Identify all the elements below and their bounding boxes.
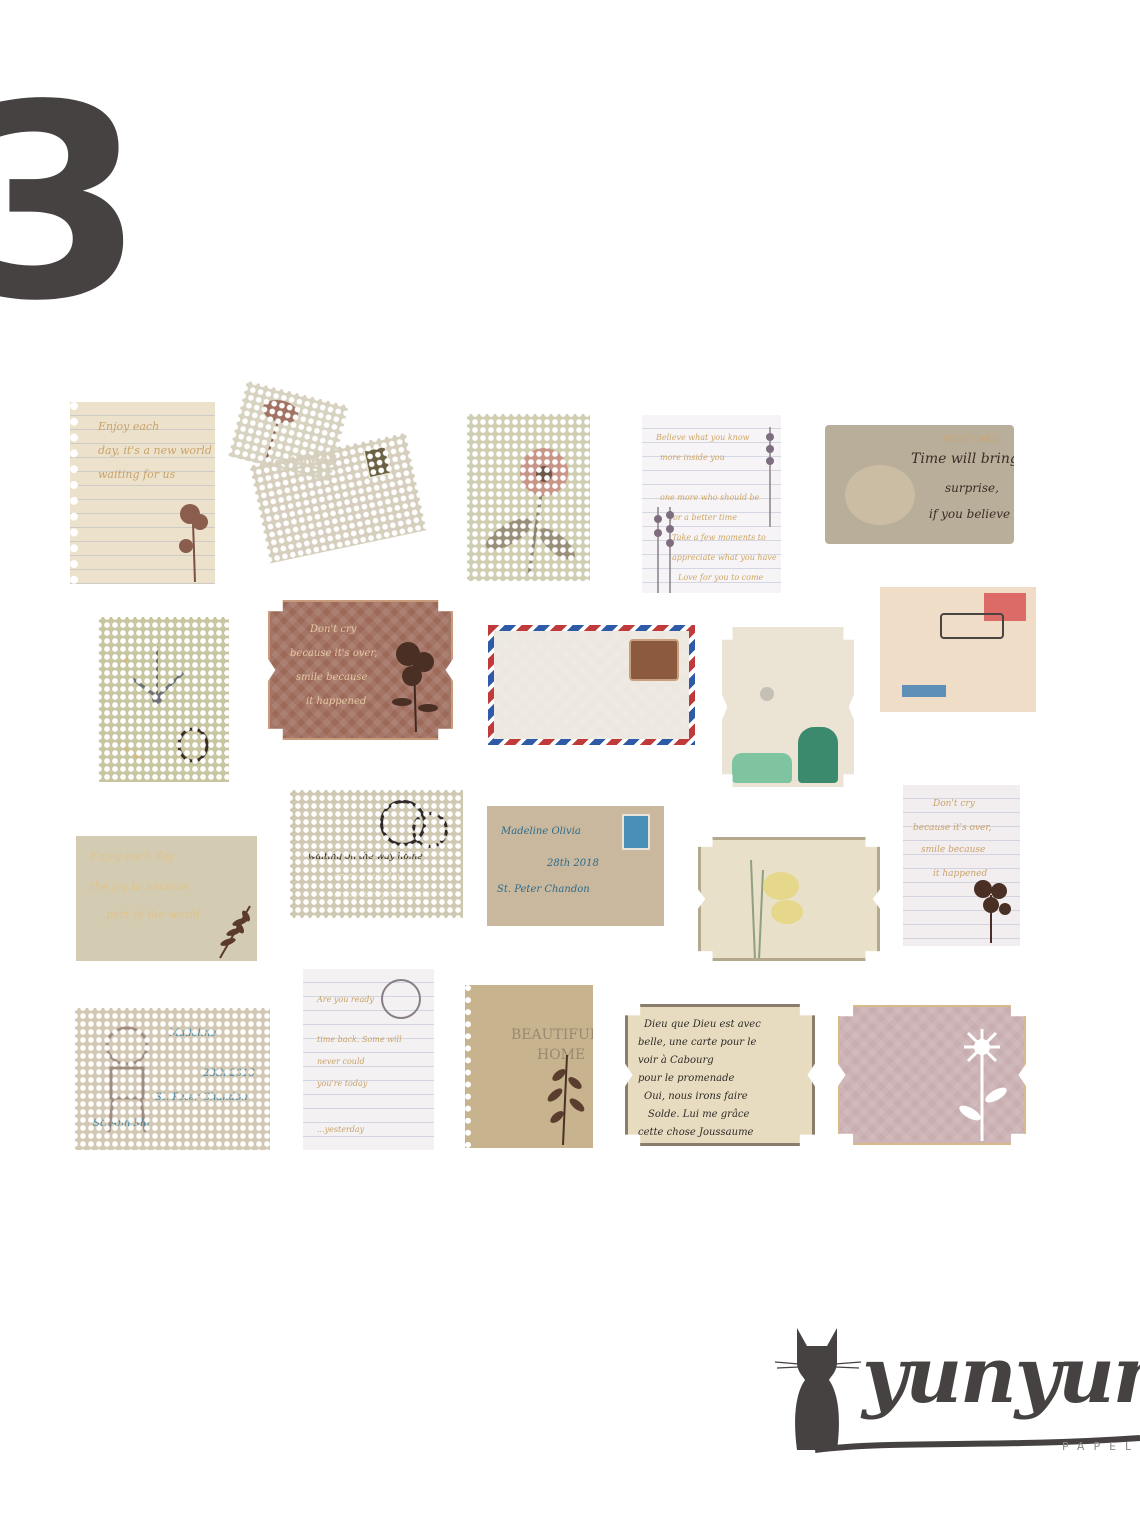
sticker-text: Oui, nous irons faire	[644, 1091, 748, 1102]
sticker-text: Madeline Olivia	[501, 826, 581, 837]
rose-pattern	[845, 465, 915, 525]
sticker-text: Don't cry	[310, 624, 356, 635]
sticker-stamp-postmarks: waiting on the way home enjoy each day e…	[290, 790, 463, 918]
sticker-text: surprise,	[945, 481, 999, 495]
sticker-text: enjoy lucky moments	[334, 890, 430, 900]
cat-silhouette-icon	[795, 1328, 839, 1450]
sticker-text: the joy to become	[90, 880, 189, 893]
sticker-stamp-chair: Madeline 28th 2018 St. Peter Chandon St.…	[75, 1008, 270, 1150]
sticker-stamp-clock	[99, 617, 229, 782]
sticker-text: it happened	[306, 696, 366, 707]
lavender-icon	[764, 427, 776, 527]
sticker-text: smile because	[921, 845, 985, 855]
sticker-text: Enjoy each	[98, 420, 159, 433]
dark-flower-icon	[965, 875, 1015, 943]
flower-icon	[168, 492, 215, 582]
sticker-text: 28th 2018	[203, 1068, 255, 1079]
brand-subtitle: PAPELER	[1062, 1440, 1140, 1453]
poppy-icon	[479, 434, 579, 574]
sticker-text: belle, une carte pour le	[638, 1037, 756, 1048]
brown-stamp	[629, 639, 679, 681]
set-number: 3	[0, 70, 140, 338]
green-dress	[732, 753, 792, 783]
sticker-text: never could	[317, 1057, 365, 1066]
sticker-postcard-roses: POST CARD Time will bring a surprise, if…	[825, 425, 1014, 544]
sticker-text: ...yesterday	[317, 1125, 364, 1134]
sticker-text: Love for you to come	[678, 573, 763, 582]
sticker-text: for a better time	[670, 513, 737, 522]
sticker-text: St. Peter Chandon	[155, 1092, 248, 1103]
sticker-lined-note-postmark: Are you ready time back. Some will never…	[303, 969, 434, 1150]
sticker-airmail-envelope	[488, 625, 695, 745]
sticker-text: Time will bring a	[911, 451, 1014, 467]
sticker-text: BEAUTIFUL	[511, 1027, 593, 1043]
lavender-icon	[652, 507, 676, 593]
portrait-stamp	[363, 445, 393, 479]
clock-hands-icon	[119, 637, 209, 767]
sticker-text: because it's over,	[290, 648, 377, 659]
sticker-text: one more who should be	[660, 493, 759, 502]
brand-name: yunyun	[862, 1330, 1140, 1421]
daffodil-icon	[731, 850, 821, 960]
dark-flower-icon	[382, 632, 446, 732]
sticker-text: St. Peter Chandon	[497, 884, 590, 895]
sticker-text: 28th 2018	[547, 858, 599, 869]
sticker-lined-note-lavender: Believe what you know more inside you on…	[642, 415, 781, 593]
sticker-postcard-fern: Enjoy each day the joy to become part of…	[76, 836, 257, 961]
sticker-text: waiting for us	[98, 468, 175, 481]
sticker-envelope-eagle	[880, 587, 1036, 712]
blue-airmail-label	[902, 685, 946, 697]
sticker-text: voir à Cabourg	[638, 1055, 714, 1066]
sticker-label-mauve	[838, 1005, 1026, 1145]
sticker-text: you're today	[317, 1079, 367, 1088]
tree-icon	[248, 393, 306, 464]
sticker-text: POST CARD	[943, 435, 999, 445]
sticker-text: because it's over,	[913, 823, 992, 833]
sticker-lined-note-flower: Don't cry because it's over, smile becau…	[903, 785, 1020, 946]
sticker-notebook-herb: BEAUTIFUL HOME	[465, 985, 593, 1148]
sticker-label-brown: Don't cry because it's over, smile becau…	[268, 600, 453, 740]
sticker-text: Take a few moments to	[672, 533, 766, 542]
sticker-text: waiting on the way home	[308, 852, 423, 862]
sticker-notebook-flower: Enjoy each day, it's a new world waiting…	[70, 402, 215, 584]
sticker-text: Believe what you know	[656, 433, 749, 442]
sticker-text: Enjoy each day	[90, 850, 174, 863]
daisy-icon	[952, 1025, 1012, 1141]
sticker-label-script: Dieu que Dieu est avec belle, une carte …	[625, 1004, 815, 1146]
sticker-text: more inside you	[660, 453, 725, 462]
sticker-text: enjoy each day	[334, 872, 402, 882]
sticker-text: part of the world	[106, 908, 200, 921]
envelope-body	[494, 631, 689, 739]
sticker-text: if you believe	[929, 507, 1010, 521]
postmark-circle	[381, 979, 421, 1019]
sticker-text: cette chose Joussaume	[638, 1127, 753, 1138]
blue-stamp	[622, 814, 650, 850]
sticker-text: time back. Some will	[317, 1035, 402, 1044]
sticker-stamp-poppy	[467, 414, 590, 581]
lady-figure	[760, 687, 774, 701]
sticker-text: Solde. Lui me grâce	[648, 1109, 749, 1120]
sticker-text: smile because	[296, 672, 367, 683]
fern-icon	[216, 902, 256, 960]
sticker-text: Are you ready	[317, 995, 374, 1004]
sticker-envelope-blue-stamp: Madeline Olivia 28th 2018 St. Peter Chan…	[487, 806, 664, 926]
sticker-text: pour le promenade	[638, 1073, 734, 1084]
sticker-text: appreciate what you have	[672, 553, 777, 562]
sticker-label-daffodil	[698, 837, 880, 961]
herb-icon	[539, 1055, 589, 1145]
sticker-text: St. Ann Ma	[93, 1118, 150, 1129]
sticker-vintage-ladies	[722, 627, 854, 787]
postmark-circle	[412, 812, 448, 848]
postmark	[940, 613, 1004, 639]
sticker-text: day, it's a new world	[98, 444, 212, 457]
sticker-text: Don't cry	[933, 799, 975, 809]
sticker-text: Dieu que Dieu est avec	[644, 1019, 761, 1030]
green-figure	[798, 727, 838, 783]
sticker-text: Madeline	[169, 1028, 216, 1039]
